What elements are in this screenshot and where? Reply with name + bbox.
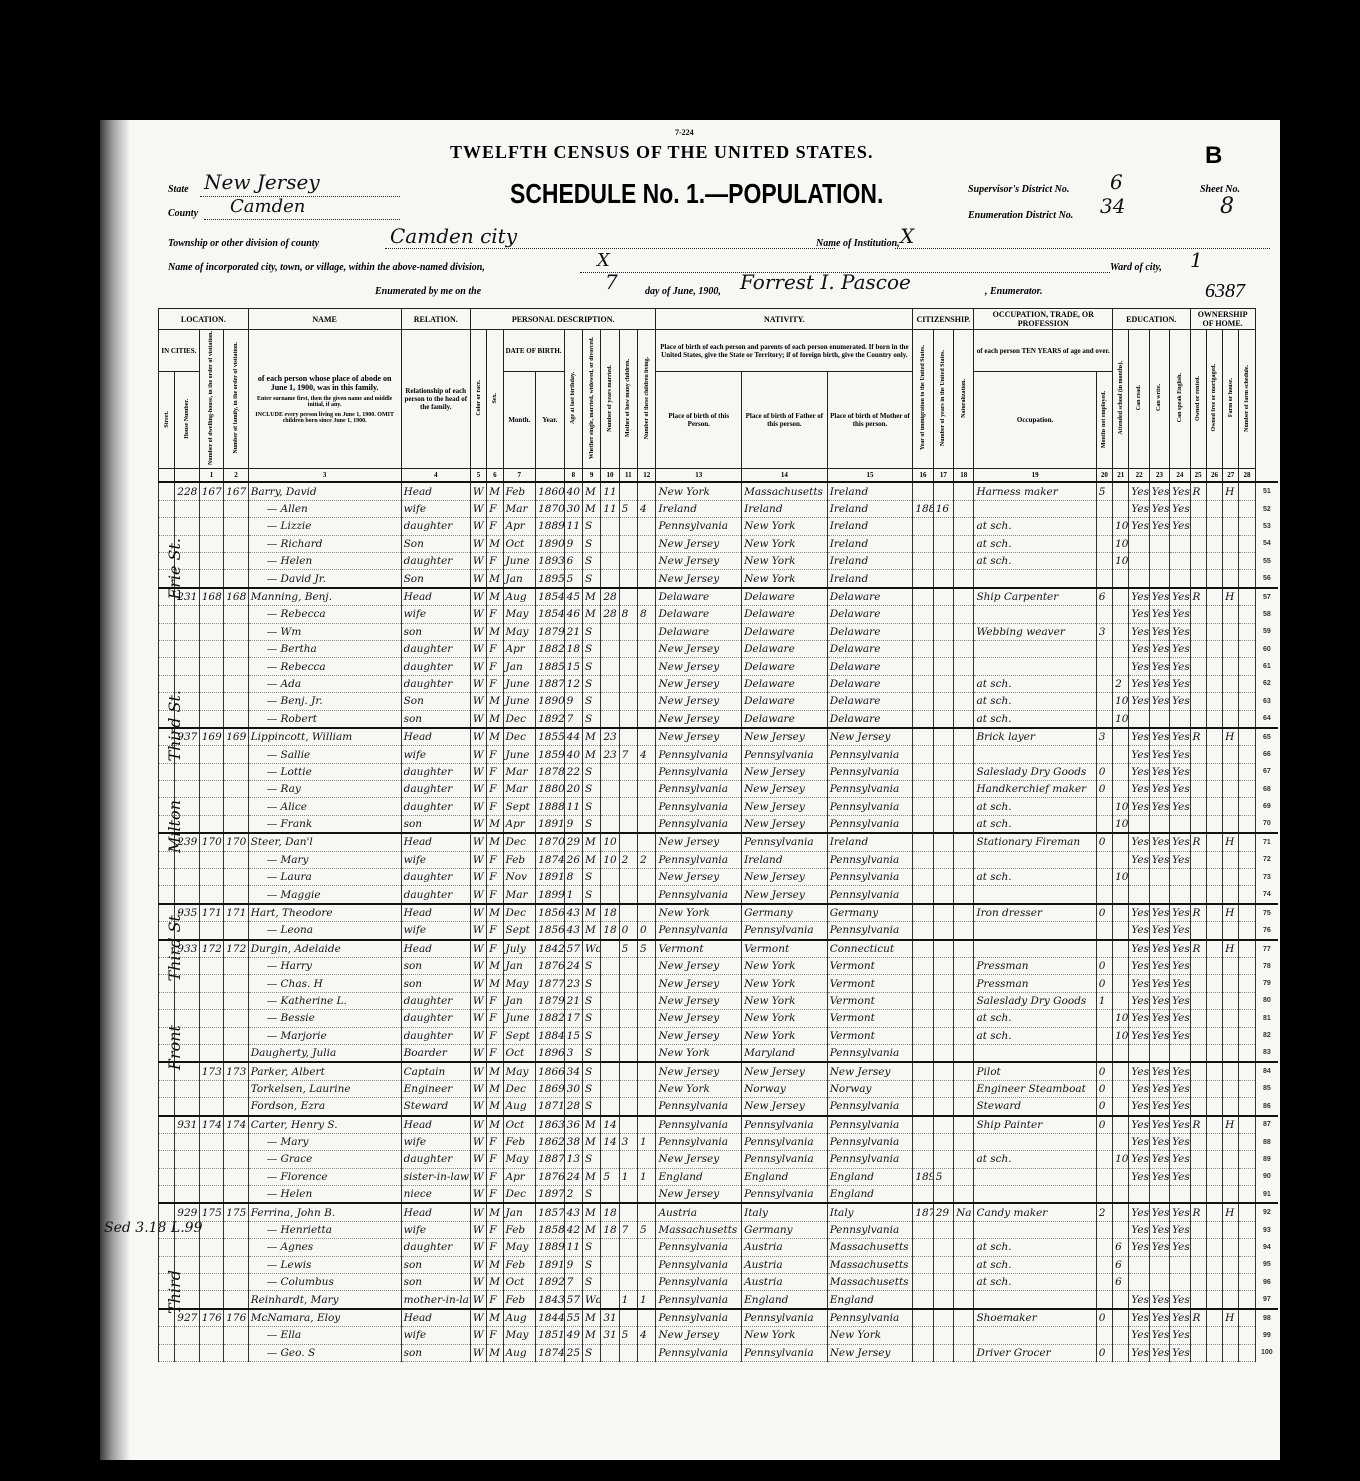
cell-mother-of — [619, 482, 637, 500]
street-note: Third St. — [165, 690, 184, 762]
column-number: 5 — [470, 468, 486, 482]
cell-read: Yes — [1129, 1098, 1149, 1116]
cell-sex: M — [487, 570, 503, 588]
cell-immig — [913, 869, 933, 886]
cell-year: 1887 — [536, 675, 565, 692]
cell-english — [1170, 1256, 1190, 1273]
cell-months-unemp: 0 — [1096, 833, 1112, 851]
cell-dwelling — [199, 640, 223, 657]
cell-mother-of — [619, 798, 637, 815]
cell-owned — [1190, 1133, 1206, 1150]
cell-natz — [954, 553, 974, 570]
cell-age: 18 — [564, 640, 582, 657]
cell-immig — [913, 1274, 933, 1291]
cell-occupation: Iron dresser — [974, 904, 1096, 922]
cell-immig — [913, 693, 933, 710]
cell-owned — [1190, 623, 1206, 640]
cell-months-unemp — [1096, 940, 1112, 958]
cell-month: Feb — [503, 1291, 536, 1309]
cell-year: 1899 — [536, 886, 565, 904]
table-row: — HelennieceWFDec18972SNew JerseyPennsyl… — [159, 1186, 1279, 1204]
cell-years-married: 11 — [601, 482, 619, 500]
column-number — [1255, 468, 1278, 482]
cell-owned — [1190, 1327, 1206, 1344]
cell-farm — [1223, 1274, 1239, 1291]
township-line — [385, 248, 835, 249]
cell-name: — Florence — [248, 1168, 401, 1185]
cell-age: 23 — [564, 975, 582, 992]
cell-family — [224, 1327, 248, 1344]
cell-sex: M — [487, 588, 503, 606]
cell-name: — Rebecca — [248, 606, 401, 623]
cell-living — [638, 798, 656, 815]
cell-month: Apr — [503, 640, 536, 657]
cell-mother-of — [619, 781, 637, 798]
cell-marital: S — [582, 1274, 600, 1291]
cell-color: W — [470, 886, 486, 904]
cell-free — [1206, 606, 1222, 623]
cell-sex: M — [487, 710, 503, 728]
cell-family — [224, 851, 248, 868]
cell-farm — [1223, 992, 1239, 1009]
cell-father-birth: Pennsylvania — [742, 1133, 828, 1150]
cell-street — [159, 1080, 175, 1097]
cell-natz — [954, 763, 974, 780]
cell-mother-of: 2 — [619, 851, 637, 868]
cell-year: 1870 — [536, 833, 565, 851]
cell-immig — [913, 1116, 933, 1134]
cell-relation: daughter — [401, 1027, 470, 1044]
column-number: 4 — [401, 468, 470, 482]
cell-color: W — [470, 553, 486, 570]
cell-relation: Son — [401, 570, 470, 588]
cell-school — [1113, 623, 1129, 640]
cell-immig — [913, 1062, 933, 1080]
cell-write: Yes — [1149, 798, 1169, 815]
ward-value: 1 — [1190, 248, 1203, 272]
cell-occupation: Driver Grocer — [974, 1344, 1096, 1361]
cell-owned — [1190, 606, 1206, 623]
cell-write — [1149, 553, 1169, 570]
census-title: TWELFTH CENSUS OF THE UNITED STATES. — [450, 142, 873, 163]
cell-color: W — [470, 640, 486, 657]
cell-house — [175, 1344, 199, 1361]
cell-immig — [913, 833, 933, 851]
cell-school: 10 — [1113, 815, 1129, 833]
cell-living — [638, 640, 656, 657]
col-birth-mother-label: Place of birth of Mother of this person. — [827, 372, 913, 469]
cell-year: 1897 — [536, 1186, 565, 1204]
cell-marital: S — [582, 1080, 600, 1097]
cell-father-birth: Norway — [742, 1080, 828, 1097]
line-number: 99 — [1255, 1327, 1278, 1344]
cell-birth: Delaware — [656, 623, 742, 640]
cell-living — [638, 675, 656, 692]
cell-school — [1113, 851, 1129, 868]
cell-color: W — [470, 851, 486, 868]
cell-mother-of — [619, 1274, 637, 1291]
street-note: Front — [165, 1025, 184, 1070]
cell-sex: F — [487, 640, 503, 657]
cell-street — [159, 606, 175, 623]
cell-dwelling: 167 — [199, 482, 223, 500]
education-header: EDUCATION. — [1113, 309, 1190, 330]
cell-immig — [913, 975, 933, 992]
cell-father-birth: New Jersey — [742, 815, 828, 833]
institution-label: Name of Institution, — [816, 238, 900, 249]
cell-month: Dec — [503, 1186, 536, 1204]
cell-sched — [1239, 904, 1255, 922]
cell-age: 34 — [564, 1062, 582, 1080]
enumerated-date-suffix: day of June, 1900, — [645, 286, 721, 297]
cell-write — [1149, 570, 1169, 588]
line-number: 70 — [1255, 815, 1278, 833]
cell-write — [1149, 535, 1169, 552]
table-row: — LeonawifeWFSept185643M1800Pennsylvania… — [159, 922, 1279, 940]
table-row: — Florencesister-in-lawWFApr187624M511En… — [159, 1168, 1279, 1185]
cell-sex: F — [487, 1027, 503, 1044]
cell-read: Yes — [1129, 781, 1149, 798]
cell-english: Yes — [1170, 958, 1190, 975]
in-cities-header: IN CITIES. — [159, 330, 200, 372]
cell-name: — Helen — [248, 553, 401, 570]
enumeration-label: Enumeration District No. — [968, 210, 1073, 221]
cell-months-unemp: 0 — [1096, 1309, 1112, 1327]
cell-birth: Pennsylvania — [656, 1291, 742, 1309]
cell-school: 6 — [1113, 1256, 1129, 1273]
cell-occupation — [974, 1186, 1096, 1204]
cell-sex: F — [487, 1291, 503, 1309]
cell-immig — [913, 886, 933, 904]
cell-months-unemp: 0 — [1096, 904, 1112, 922]
cell-free — [1206, 1291, 1222, 1309]
cell-free — [1206, 1186, 1222, 1204]
cell-father-birth: Pennsylvania — [742, 833, 828, 851]
cell-mother-of — [619, 1062, 637, 1080]
cell-month: Sept — [503, 1027, 536, 1044]
cell-dwelling — [199, 606, 223, 623]
cell-years-us — [933, 518, 953, 535]
cell-month: Aug — [503, 1309, 536, 1327]
cell-years-us — [933, 922, 953, 940]
cell-english: Yes — [1170, 798, 1190, 815]
line-number: 77 — [1255, 940, 1278, 958]
cell-english — [1170, 535, 1190, 552]
cell-family — [224, 1010, 248, 1027]
cell-sex: M — [487, 1203, 503, 1221]
cell-living: 2 — [638, 851, 656, 868]
cell-street — [159, 992, 175, 1009]
cell-house: 228 — [175, 482, 199, 500]
cell-year: 1863 — [536, 1116, 565, 1134]
cell-years-us — [933, 746, 953, 763]
cell-immig — [913, 763, 933, 780]
cell-mother-birth: Ireland — [827, 500, 913, 517]
cell-read: Yes — [1129, 482, 1149, 500]
cell-mother-of — [619, 1080, 637, 1097]
cell-occupation — [974, 1168, 1096, 1185]
cell-farm — [1223, 1044, 1239, 1062]
cell-living — [638, 570, 656, 588]
cell-farm — [1223, 640, 1239, 657]
cell-years-us — [933, 570, 953, 588]
cell-months-unemp — [1096, 815, 1112, 833]
cell-street — [159, 886, 175, 904]
cell-owned — [1190, 1062, 1206, 1080]
cell-age: 57 — [564, 940, 582, 958]
cell-farm: H — [1223, 940, 1239, 958]
cell-read: Yes — [1129, 1344, 1149, 1361]
cell-natz — [954, 1256, 974, 1273]
cell-father-birth: Pennsylvania — [742, 746, 828, 763]
cell-marital: S — [582, 535, 600, 552]
cell-owned — [1190, 1221, 1206, 1238]
cell-years-married: 28 — [601, 606, 619, 623]
cell-family: 175 — [224, 1203, 248, 1221]
cell-school — [1113, 1168, 1129, 1185]
cell-marital: M — [582, 482, 600, 500]
cell-age: 45 — [564, 588, 582, 606]
cell-english: Yes — [1170, 904, 1190, 922]
cell-month: July — [503, 940, 536, 958]
cell-write: Yes — [1149, 675, 1169, 692]
table-row: — AllenwifeWFMar187030M1154IrelandIrelan… — [159, 500, 1279, 517]
cell-sched — [1239, 1062, 1255, 1080]
cell-marital: S — [582, 798, 600, 815]
cell-birth: Pennsylvania — [656, 1256, 742, 1273]
cell-english: Yes — [1170, 1027, 1190, 1044]
cell-year: 1860 — [536, 482, 565, 500]
cell-years-married: 18 — [601, 922, 619, 940]
cell-read: Yes — [1129, 1221, 1149, 1238]
column-number: 18 — [954, 468, 974, 482]
cell-mother-of — [619, 1116, 637, 1134]
line-number: 91 — [1255, 1186, 1278, 1204]
cell-relation: Head — [401, 904, 470, 922]
cell-natz — [954, 1062, 974, 1080]
cell-living: 4 — [638, 1327, 656, 1344]
cell-father-birth: England — [742, 1291, 828, 1309]
line-number: 60 — [1255, 640, 1278, 657]
cell-color: W — [470, 1203, 486, 1221]
cell-father-birth: Delaware — [742, 710, 828, 728]
table-row: 937169169Lippincott, WilliamHeadWMDec185… — [159, 728, 1279, 746]
line-number: 67 — [1255, 763, 1278, 780]
schedule-title: SCHEDULE No. 1.—POPULATION. — [510, 178, 883, 210]
cell-sched — [1239, 728, 1255, 746]
cell-occupation: at sch. — [974, 815, 1096, 833]
cell-name: — Helen — [248, 1186, 401, 1204]
cell-owned — [1190, 1151, 1206, 1168]
cell-father-birth: Delaware — [742, 693, 828, 710]
cell-school — [1113, 1133, 1129, 1150]
cell-occupation: at sch. — [974, 798, 1096, 815]
cell-color: W — [470, 1239, 486, 1256]
cell-street — [159, 623, 175, 640]
cell-natz — [954, 815, 974, 833]
cell-owned — [1190, 1239, 1206, 1256]
cell-years-married — [601, 675, 619, 692]
table-row: — HelendaughterWFJune18936SNew JerseyNew… — [159, 553, 1279, 570]
cell-dwelling — [199, 1239, 223, 1256]
cell-school — [1113, 606, 1129, 623]
column-number: 6 — [487, 468, 503, 482]
cell-owned — [1190, 535, 1206, 552]
cell-owned — [1190, 781, 1206, 798]
cell-color: W — [470, 958, 486, 975]
cell-year: 1889 — [536, 518, 565, 535]
col-immigration-label: Year of immigration to the United States… — [920, 345, 926, 450]
cell-month: June — [503, 693, 536, 710]
cell-immig — [913, 1256, 933, 1273]
cell-months-unemp — [1096, 658, 1112, 675]
cell-occupation: at sch. — [974, 535, 1096, 552]
cell-write — [1149, 1274, 1169, 1291]
table-row: — LauradaughterWFNov18918SNew JerseyNew … — [159, 869, 1279, 886]
cell-natz — [954, 940, 974, 958]
cell-family — [224, 781, 248, 798]
cell-birth: New Jersey — [656, 1027, 742, 1044]
cell-farm — [1223, 1256, 1239, 1273]
cell-read: Yes — [1129, 623, 1149, 640]
cell-occupation: at sch. — [974, 1256, 1096, 1273]
cell-mother-birth: Pennsylvania — [827, 886, 913, 904]
cell-year: 1859 — [536, 746, 565, 763]
cell-natz — [954, 710, 974, 728]
cell-read: Yes — [1129, 1168, 1149, 1185]
cell-immig: 1895 — [913, 1168, 933, 1185]
cell-living — [638, 869, 656, 886]
cell-school — [1113, 1116, 1129, 1134]
column-number — [175, 468, 199, 482]
cell-farm — [1223, 1062, 1239, 1080]
cell-sched — [1239, 1203, 1255, 1221]
cell-month: Dec — [503, 1080, 536, 1097]
cell-months-unemp: 0 — [1096, 975, 1112, 992]
cell-owned — [1190, 763, 1206, 780]
cell-years-married — [601, 658, 619, 675]
cell-months-unemp — [1096, 693, 1112, 710]
cell-read: Yes — [1129, 1239, 1149, 1256]
table-row: 231168168Manning, Benj.HeadWMAug185445M2… — [159, 588, 1279, 606]
cell-school — [1113, 658, 1129, 675]
cell-name: — Bertha — [248, 640, 401, 657]
cell-months-unemp: 0 — [1096, 1062, 1112, 1080]
cell-dwelling: 176 — [199, 1309, 223, 1327]
cell-house — [175, 1186, 199, 1204]
cell-birth: Pennsylvania — [656, 1309, 742, 1327]
cell-color: W — [470, 975, 486, 992]
cell-living: 5 — [638, 940, 656, 958]
cell-months-unemp — [1096, 1239, 1112, 1256]
enumerated-day: 7 — [605, 270, 618, 294]
enumerated-label: Enumerated by me on the — [375, 286, 481, 297]
cell-month: Jan — [503, 658, 536, 675]
cell-age: 43 — [564, 1203, 582, 1221]
cell-living — [638, 658, 656, 675]
cell-mother-birth: Pennsylvania — [827, 798, 913, 815]
table-row: — HarrysonWMJan187624SNew JerseyNew York… — [159, 958, 1279, 975]
cell-years-married: 31 — [601, 1327, 619, 1344]
cell-marital: S — [582, 1044, 600, 1062]
cell-english: Yes — [1170, 1203, 1190, 1221]
cell-mother-birth: Delaware — [827, 658, 913, 675]
cell-relation: daughter — [401, 798, 470, 815]
column-number — [159, 468, 175, 482]
cell-marital: S — [582, 570, 600, 588]
cell-owned: R — [1190, 588, 1206, 606]
cell-relation: Head — [401, 1203, 470, 1221]
cell-immig — [913, 1151, 933, 1168]
cell-marital: S — [582, 763, 600, 780]
cell-age: 9 — [564, 815, 582, 833]
cell-english: Yes — [1170, 1098, 1190, 1116]
line-number: 82 — [1255, 1027, 1278, 1044]
cell-occupation: at sch. — [974, 1151, 1096, 1168]
cell-free — [1206, 1274, 1222, 1291]
cell-english — [1170, 570, 1190, 588]
cell-relation: wife — [401, 500, 470, 517]
line-number: 74 — [1255, 886, 1278, 904]
cell-months-unemp — [1096, 606, 1112, 623]
cell-age: 36 — [564, 1116, 582, 1134]
line-number: 84 — [1255, 1062, 1278, 1080]
cell-sched — [1239, 781, 1255, 798]
cell-sched — [1239, 763, 1255, 780]
cell-years-married — [601, 1291, 619, 1309]
county-line — [204, 219, 400, 220]
cell-age: 55 — [564, 1309, 582, 1327]
cell-free — [1206, 728, 1222, 746]
cell-read: Yes — [1129, 940, 1149, 958]
cell-natz — [954, 693, 974, 710]
cell-sex: F — [487, 518, 503, 535]
location-header: LOCATION. — [159, 309, 249, 330]
cell-read — [1129, 535, 1149, 552]
cell-dwelling — [199, 1080, 223, 1097]
cell-mother-of — [619, 710, 637, 728]
cell-months-unemp: 0 — [1096, 1344, 1112, 1361]
cell-occupation — [974, 570, 1096, 588]
cell-immig — [913, 535, 933, 552]
cell-relation: wife — [401, 922, 470, 940]
cell-owned: R — [1190, 940, 1206, 958]
line-number: 58 — [1255, 606, 1278, 623]
cell-name: Barry, David — [248, 482, 401, 500]
cell-english — [1170, 815, 1190, 833]
cell-father-birth: New Jersey — [742, 798, 828, 815]
cell-mother-birth: Delaware — [827, 640, 913, 657]
cell-family — [224, 675, 248, 692]
cell-family — [224, 992, 248, 1009]
cell-living — [638, 1239, 656, 1256]
cell-school — [1113, 728, 1129, 746]
cell-dwelling: 174 — [199, 1116, 223, 1134]
cell-years-married: 23 — [601, 746, 619, 763]
cell-farm — [1223, 1010, 1239, 1027]
cell-family — [224, 1221, 248, 1238]
cell-color: W — [470, 1186, 486, 1204]
cell-free — [1206, 1221, 1222, 1238]
cell-natz — [954, 570, 974, 588]
cell-dwelling — [199, 675, 223, 692]
cell-relation: daughter — [401, 658, 470, 675]
sheet-number: 8 — [1220, 194, 1234, 219]
cell-immig — [913, 992, 933, 1009]
cell-family — [224, 815, 248, 833]
cell-farm — [1223, 763, 1239, 780]
cell-natz — [954, 798, 974, 815]
